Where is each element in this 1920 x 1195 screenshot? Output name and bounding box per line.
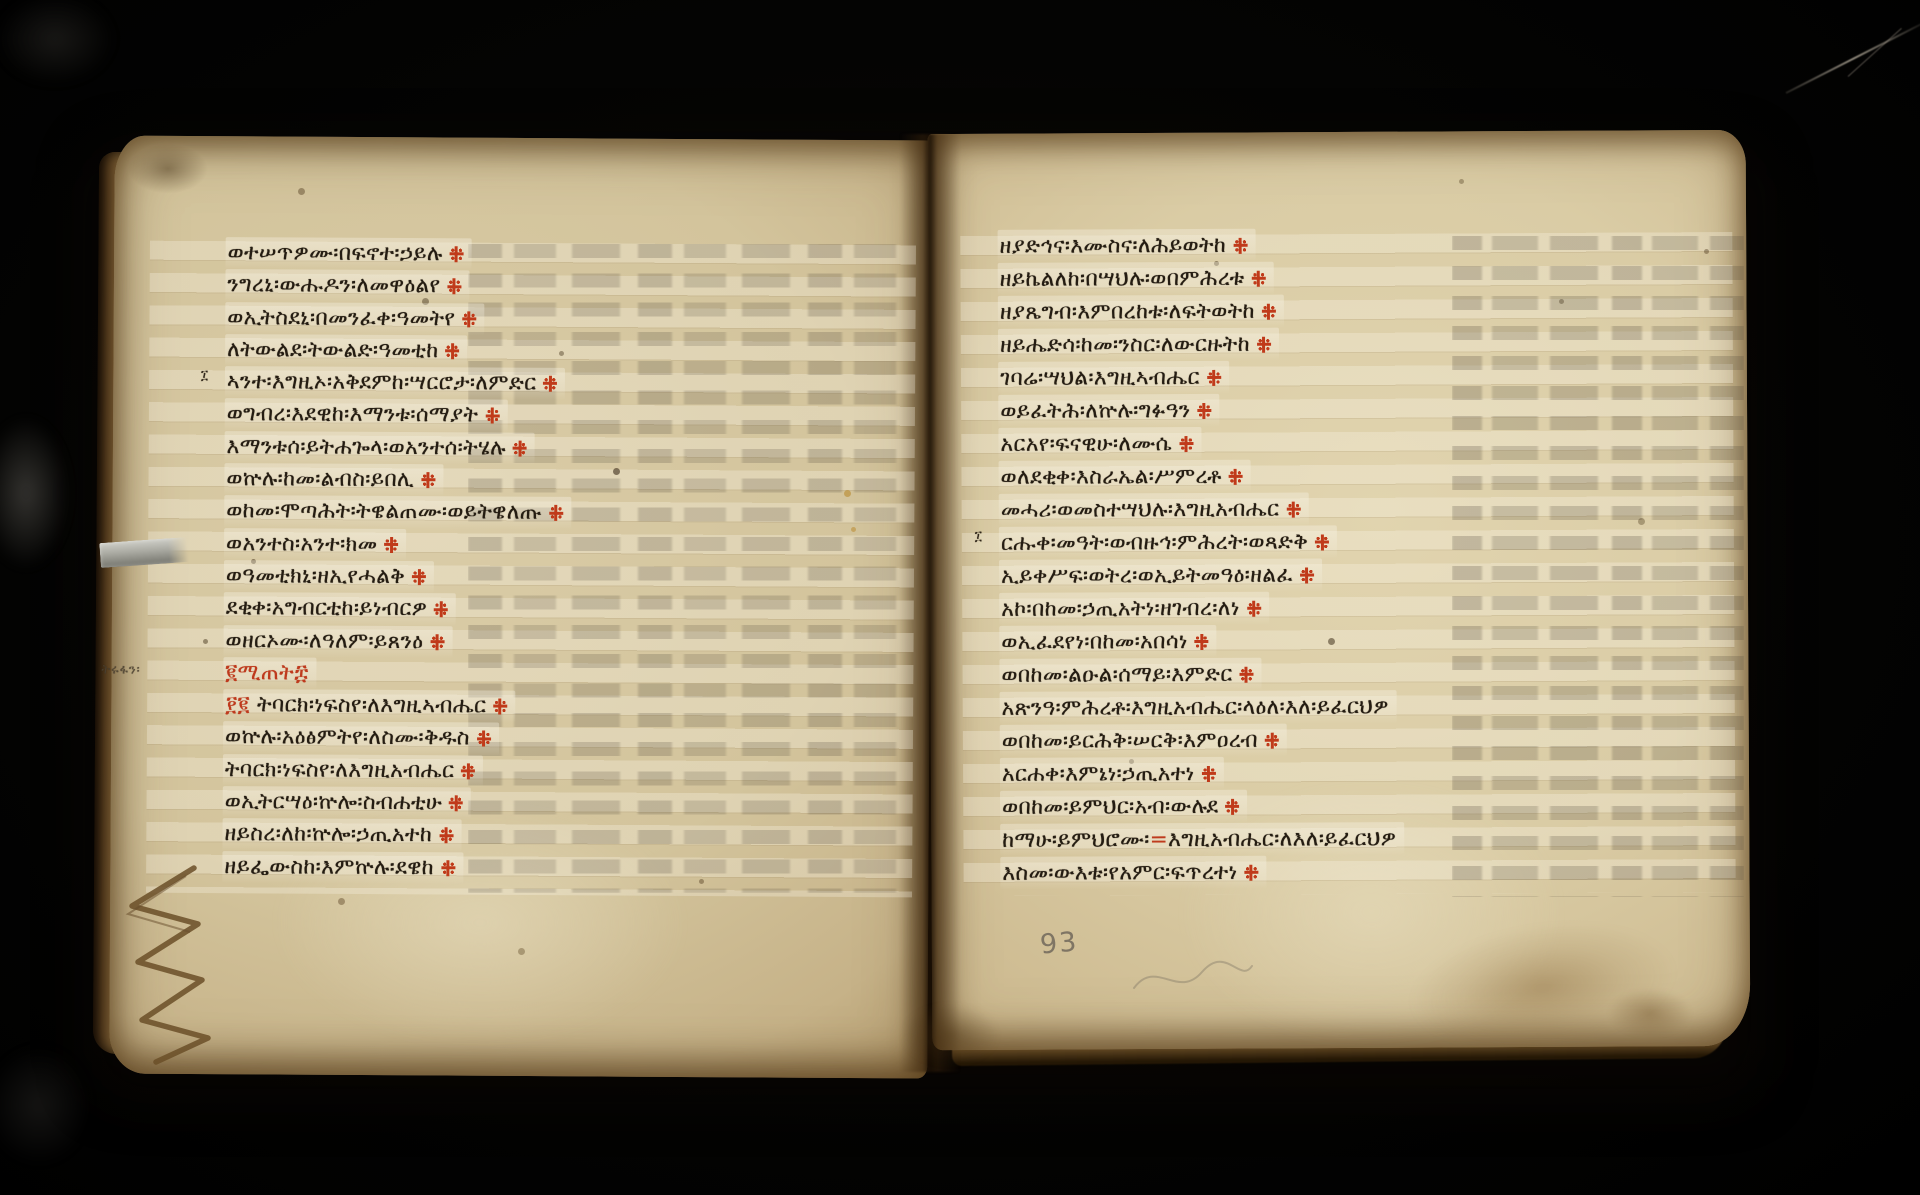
verse-text: ርሑቀ፡መዓት፡ወብዙኅ፡ምሕረት፡ወጻድቅ	[1001, 530, 1308, 556]
verse-text: ወበከመ፡ይምህር፡አብ፡ውሉደ	[1002, 794, 1218, 820]
verse-text: እስመ፡ውእቱ፡የአምር፡ፍጥረተነ	[1002, 860, 1237, 886]
text-line: ዘይኬልለከ፡በሣህሉ፡ወበምሕረቱ	[998, 262, 1274, 296]
text-line: ኢይቀሥፍ፡ወትረ፡ወኢይትመዓዕ፡ዘልፈ	[999, 558, 1322, 592]
text-line: ዘይፌውስከ፡እምኵሉ፡ደዌከ	[222, 851, 463, 885]
red-cross-separator-icon	[430, 634, 444, 650]
verse-text: እግዚአብሔር፡ለእለ፡ይፈርህዎ	[1168, 826, 1396, 852]
text-line: ደቂቀ፡አግብርቲከ፡ይነብርዎ	[224, 592, 457, 626]
red-cross-separator-icon	[1195, 634, 1209, 650]
verse-text: ዘይሔድሳ፡ከመ፡ንስር፡ለውርዙትከ	[1000, 332, 1250, 358]
red-cross-separator-icon	[412, 569, 426, 585]
text-line: አርሐቀ፡እምኔነ፡ኃጢአተነ	[1000, 757, 1224, 791]
red-cross-separator-icon	[1247, 601, 1261, 617]
verse-text: ወዘርኦሙ፡ለዓለም፡ይጸንዕ	[226, 628, 424, 654]
red-cross-separator-icon	[477, 731, 491, 747]
verse-text: ትባርክ፡ነፍስየ፡ለእግዚአብሔር	[225, 757, 455, 783]
verse-text: ወኵሉ፡አዕፅምትየ፡ለስሙ፡ቅዱስ	[225, 725, 470, 751]
text-line: አጽንዓ፡ምሕረቶ፡እግዚአብሔር፡ላዕለ፡እለ፡ይፈርህዎ	[1000, 690, 1397, 725]
verse-text: ዘይፌውስከ፡እምኵሉ፡ደዌከ	[224, 854, 434, 880]
text-line: ዘይሔድሳ፡ከመ፡ንስር፡ለውርዙትከ	[998, 328, 1279, 362]
margin-verse-mark: ፲	[201, 369, 208, 382]
left-page-text-column: ወተሠጥዎሙ፡በፍኖተ፡ኃይሉንግረኒ፡ውሑዶን፡ለመዋዕልየወኢትስደኒ፡በመ…	[222, 237, 572, 885]
red-cross-separator-icon	[485, 408, 499, 424]
text-line: ወኵሉ፡አዕፅምትየ፡ለስሙ፡ቅዱስ	[223, 722, 499, 756]
text-line: ትባርክ፡ነፍስየ፡ለእግዚአብሔር	[223, 754, 484, 788]
red-cross-separator-icon	[1300, 568, 1314, 584]
verse-text: ወበከመ፡ይርሕቅ፡ሠርቅ፡እምዐረብ	[1002, 728, 1258, 754]
red-cross-separator-icon	[1201, 766, 1215, 782]
red-cross-separator-icon	[1244, 865, 1258, 881]
red-cross-separator-icon	[1315, 534, 1329, 550]
text-line: እማንቱሰ፡ይትሐጐላ፡ወአንተሰ፡ትሄሉ	[225, 431, 536, 465]
margin-verse-mark: ፲	[975, 530, 982, 543]
red-cross-separator-icon	[543, 376, 557, 392]
red-cross-separator-icon	[1240, 667, 1254, 683]
red-cross-separator-icon	[549, 505, 563, 521]
red-cross-separator-icon	[1257, 337, 1271, 353]
text-line: ወበከመ፡ይርሕቅ፡ሠርቅ፡እምዐረብ	[1000, 724, 1287, 758]
parchment-repair-stitching	[116, 862, 276, 1072]
verse-text: ኢይቀሥፍ፡ወትረ፡ወኢይትመዓዕ፡ዘልፈ	[1001, 563, 1293, 589]
verse-text: ንግረኒ፡ውሑዶን፡ለመዋዕልየ	[227, 272, 440, 298]
text-line: ለትውልደ፡ትውልድ፡ዓመቲከ	[225, 334, 468, 368]
verse-text: ለትውልደ፡ትውልድ፡ዓመቲከ	[227, 337, 439, 363]
red-cross-separator-icon	[462, 311, 476, 327]
red-cross-separator-icon	[493, 699, 507, 715]
verse-text: ወዓመቲክኒ፡ዘኢየሓልቅ	[226, 563, 405, 589]
text-line: ከማሁ፡ይምህሮሙ፡=እግዚአብሔር፡ለእለ፡ይፈርህዎ	[1000, 822, 1404, 857]
red-cross-separator-icon	[1286, 502, 1300, 518]
text-line: ወኵሉ፡ከመ፡ልብስ፡ይበሊ	[224, 463, 443, 496]
text-line: ወበከመ፡ይምህር፡አብ፡ውሉደ	[1000, 790, 1248, 824]
verse-text: ወኢፈደየነ፡በከመ፡አበሳነ	[1001, 629, 1188, 655]
verse-text: ወከመ፡ሞጣሕት፡ትዌልጠሙ፡ወይትዌለጡ	[226, 498, 542, 525]
text-line: ዘይስረ፡ለከ፡ኵሎ፡ኃጢአተከ	[222, 818, 461, 852]
red-cross-separator-icon	[513, 440, 527, 456]
verse-text: ወኢትስደኒ፡በመንፈቀ፡ዓመትየ	[227, 305, 455, 331]
verse-text: ገባሬ፡ሣህል፡እግዚኣብሔር	[1000, 365, 1200, 391]
red-cross-separator-icon	[1251, 271, 1265, 287]
verse-text: ትባርክ፡ነፍስየ፡ለእግዚኣብሔር	[257, 692, 487, 718]
verse-text: ወይፈትሕ፡ለኵሉ፡ግፉዓን	[1000, 398, 1190, 424]
book-gutter-fold	[900, 134, 960, 1072]
text-line: አኮ፡በከመ፡ኃጢአትነ፡ዘገብረ፡ለነ	[999, 592, 1269, 626]
text-line: ወኢትርሣዕ፡ኵሎ፡ስብሐቲሁ	[223, 786, 472, 820]
text-line: እስመ፡ውእቱ፡የአምር፡ፍጥረተነ	[1000, 856, 1266, 890]
rubric-text: =	[1150, 827, 1169, 852]
text-line: ንግረኒ፡ውሑዶን፡ለመዋዕልየ	[225, 269, 469, 303]
folio-number-pencil: 93	[1039, 926, 1080, 960]
red-cross-separator-icon	[449, 795, 463, 811]
verse-text: ዘያድኅና፡እሙስና፡ለሕይወትከ	[1000, 233, 1227, 259]
red-cross-separator-icon	[1265, 733, 1279, 749]
verse-text: አጽንዓ፡ምሕረቶ፡እግዚአብሔር፡ላዕለ፡እለ፡ይፈርህዎ	[1002, 694, 1389, 721]
red-cross-separator-icon	[384, 537, 398, 553]
text-line: ገባሬ፡ሣህል፡እግዚኣብሔር	[998, 361, 1229, 395]
text-line: ወግብረ፡እደዊከ፡እማንቱ፡ሰማያት	[225, 399, 508, 433]
text-line: ወተሠጥዎሙ፡በፍኖተ፡ኃይሉ	[226, 237, 472, 271]
verse-text: መሓሪ፡ወመስተሣህሉ፡እግዚአብሔር	[1001, 497, 1280, 523]
verse-text: አኮ፡በከመ፡ኃጢአትነ፡ዘገብረ፡ለነ	[1001, 596, 1240, 622]
red-cross-separator-icon	[450, 246, 464, 262]
verse-text: አርሐቀ፡እምኔነ፡ኃጢአተነ	[1002, 761, 1195, 787]
verse-text: ወተሠጥዎሙ፡በፍኖተ፡ኃይሉ	[228, 240, 443, 266]
verse-text: ወአንተስ፡አንተ፡ክመ	[226, 531, 378, 557]
red-cross-separator-icon	[461, 763, 475, 779]
verse-text: አርአየ፡ፍናዊሁ፡ለሙሴ	[1000, 431, 1172, 457]
text-line: ወበከመ፡ልዑል፡ሰማይ፡እምድር	[999, 658, 1261, 692]
text-line: ወይፈትሕ፡ለኵሉ፡ግፉዓን	[998, 394, 1219, 428]
rubric-text: ፪ሚጠት፰	[225, 660, 308, 685]
text-line: ወአንተስ፡አንተ፡ክመ	[224, 528, 407, 561]
red-cross-separator-icon	[445, 343, 459, 359]
text-line: ወኢትስደኒ፡በመንፈቀ፡ዓመትየ	[225, 302, 484, 336]
red-cross-separator-icon	[1197, 403, 1211, 419]
text-line: ወዓመቲክኒ፡ዘኢየሓልቅ	[224, 560, 434, 593]
margin-note: ትሩፋን፡	[101, 663, 140, 676]
red-cross-separator-icon	[1229, 469, 1243, 485]
text-line: ፲ርሑቀ፡መዓት፡ወብዙኅ፡ምሕረት፡ወጻድቅ	[999, 525, 1337, 559]
rubric-text: ፻፪	[225, 692, 257, 717]
red-cross-separator-icon	[421, 472, 435, 488]
text-line: ትሩፋን፡፪ሚጠት፰	[223, 657, 316, 690]
text-line: ወኢፈደየነ፡በከመ፡አበሳነ	[999, 625, 1217, 659]
verse-text: ዘያጼግብ፡እምበረከቱ፡ለፍትወትከ	[1000, 299, 1255, 325]
pencil-scribble	[1128, 946, 1258, 1006]
text-line: ዘያድኅና፡እሙስና፡ለሕይወትከ	[998, 229, 1256, 263]
red-cross-separator-icon	[1179, 436, 1193, 452]
red-cross-separator-icon	[1262, 304, 1276, 320]
text-line: መሓሪ፡ወመስተሣህሉ፡እግዚአብሔር	[999, 493, 1309, 527]
text-line: ወለደቂቀ፡እስራኤል፡ሥምረቶ	[999, 460, 1251, 494]
verse-text: ወኵሉ፡ከመ፡ልብስ፡ይበሊ	[226, 466, 414, 492]
red-cross-separator-icon	[441, 860, 455, 876]
red-cross-separator-icon	[434, 601, 448, 617]
verse-text: ወበከመ፡ልዑል፡ሰማይ፡እምድር	[1001, 662, 1232, 688]
text-line: ዘያጼግብ፡እምበረከቱ፡ለፍትወትከ	[998, 295, 1284, 329]
verse-text: ዘይስረ፡ለከ፡ኵሎ፡ኃጢአተከ	[225, 821, 433, 847]
text-line: ወከመ፡ሞጣሕት፡ትዌልጠሙ፡ወይትዌለጡ	[224, 495, 571, 529]
verse-text: ወኢትርሣዕ፡ኵሎ፡ስብሐቲሁ	[225, 789, 443, 815]
red-cross-separator-icon	[439, 828, 453, 844]
red-cross-separator-icon	[1225, 799, 1239, 815]
red-cross-separator-icon	[1233, 238, 1247, 254]
verse-text: ወግብረ፡እደዊከ፡እማንቱ፡ሰማያት	[227, 402, 479, 428]
text-line: ወዘርኦሙ፡ለዓለም፡ይጸንዕ	[223, 625, 452, 658]
right-page-text-column: ዘያድኅና፡እሙስና፡ለሕይወትከዘይኬልለከ፡በሣህሉ፡ወበምሕረቱዘያጼግብ…	[998, 228, 1405, 890]
verse-text: ዘይኬልለከ፡በሣህሉ፡ወበምሕረቱ	[1000, 266, 1245, 292]
red-cross-separator-icon	[447, 279, 461, 295]
text-line: ፲ኣንተ፡እግዚኦ፡አቅደምከ፡ሣርሮታ፡ለምድር	[225, 366, 566, 400]
verse-text: እማንቱሰ፡ይትሐጐላ፡ወአንተሰ፡ትሄሉ	[227, 434, 507, 460]
text-line: አርአየ፡ፍናዊሁ፡ለሙሴ	[998, 427, 1201, 461]
red-cross-separator-icon	[1207, 370, 1221, 386]
verse-text: ወለደቂቀ፡እስራኤል፡ሥምረቶ	[1001, 464, 1222, 490]
verse-text: ከማሁ፡ይምህሮሙ፡	[1002, 827, 1150, 853]
text-line: ፻፪ ትባርክ፡ነፍስየ፡ለእግዚኣብሔር	[223, 689, 515, 723]
verse-text: ደቂቀ፡አግብርቲከ፡ይነብርዎ	[226, 595, 428, 621]
verse-text: ኣንተ፡እግዚኦ፡አቅደምከ፡ሣርሮታ፡ለምድር	[227, 369, 537, 396]
